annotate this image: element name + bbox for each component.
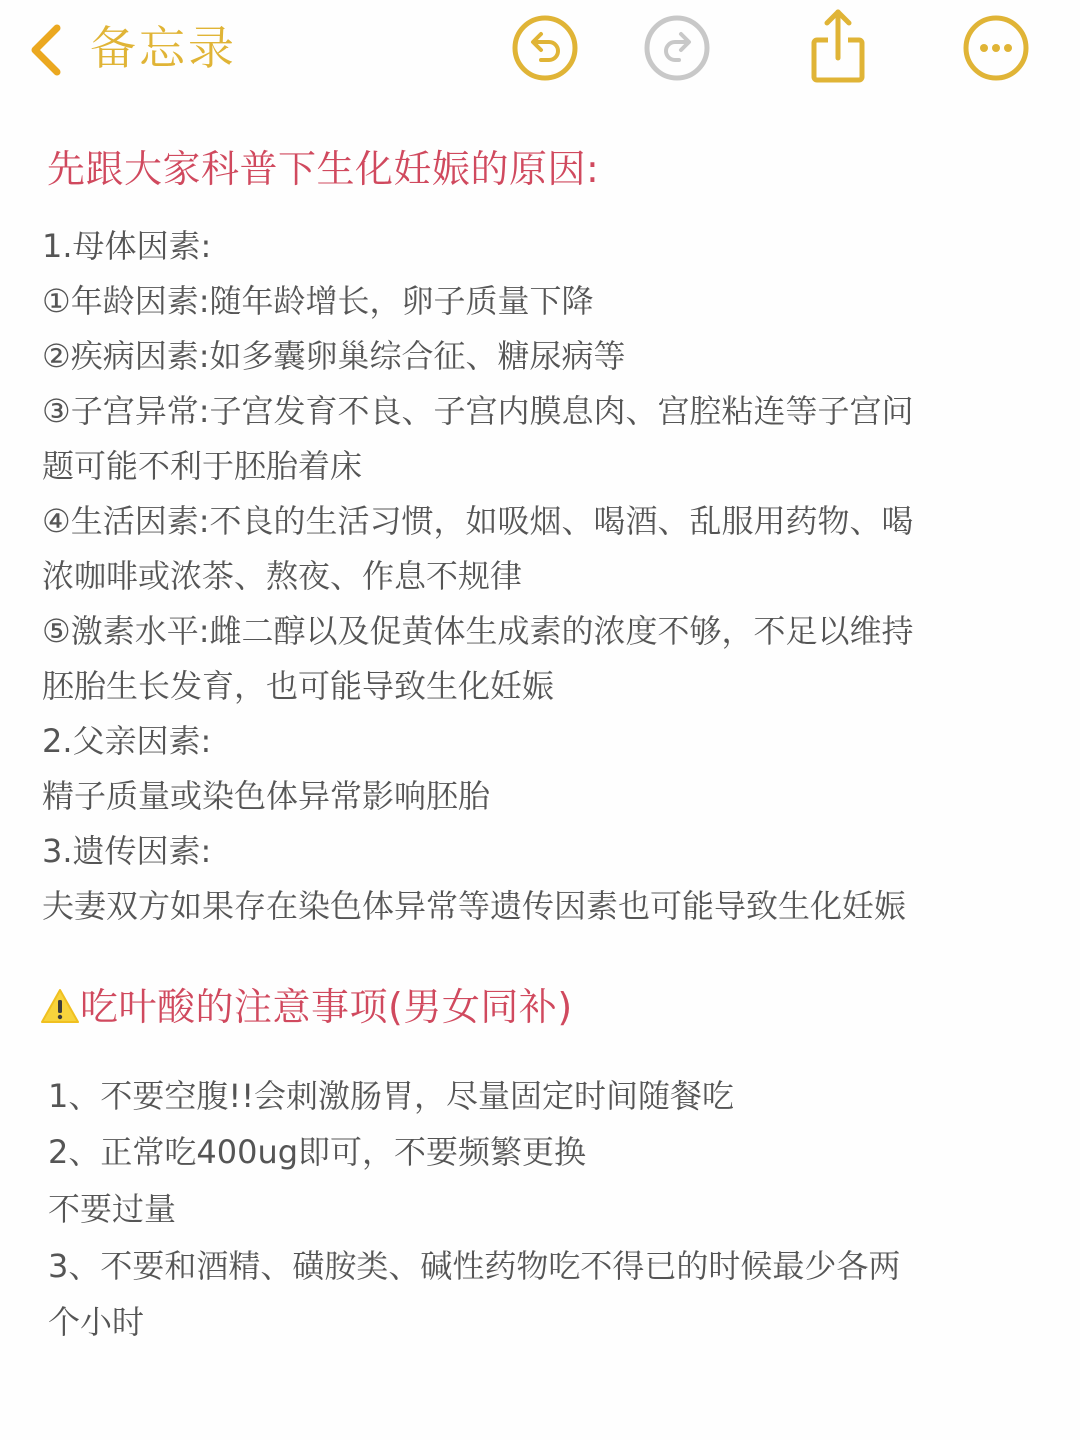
redo-icon	[641, 12, 713, 84]
list-item: 题可能不利于胚胎着床	[42, 444, 362, 488]
section-heading-folic-acid: 吃叶酸的注意事项(男女同补)	[40, 982, 573, 1032]
warning-icon	[40, 988, 80, 1024]
app-title: 备忘录	[90, 18, 237, 78]
list-item: 1、不要空腹!!会刺激肠胃，尽量固定时间随餐吃	[48, 1074, 734, 1118]
undo-button[interactable]	[509, 12, 581, 84]
list-item: 夫妻双方如果存在染色体异常等遗传因素也可能导致生化妊娠	[42, 884, 906, 928]
list-item: 不要过量	[48, 1187, 176, 1231]
section-heading-causes: 先跟大家科普下生化妊娠的原因:	[47, 144, 599, 194]
redo-button[interactable]	[641, 12, 713, 84]
ellipsis-icon	[960, 12, 1032, 84]
list-item: 浓咖啡或浓茶、熬夜、作息不规律	[42, 554, 522, 598]
undo-icon	[509, 12, 581, 84]
list-item: 1.母体因素:	[42, 224, 211, 268]
list-item: ①年龄因素:随年龄增长，卵子质量下降	[42, 279, 593, 323]
list-item: ④生活因素:不良的生活习惯，如吸烟、喝酒、乱服用药物、喝	[42, 499, 913, 543]
section-heading-text: 吃叶酸的注意事项(男女同补)	[80, 985, 573, 1029]
list-item: 3、不要和酒精、磺胺类、碱性药物吃不得已的时候最少各两	[48, 1244, 900, 1288]
toolbar: 备忘录	[0, 0, 1080, 100]
share-icon	[802, 6, 874, 86]
list-item: 2、正常吃400ug即可，不要频繁更换	[48, 1130, 586, 1174]
back-button[interactable]	[22, 20, 72, 80]
more-button[interactable]	[960, 12, 1032, 84]
list-item: ③子宫异常:子宫发育不良、子宫内膜息肉、宫腔粘连等子宫问	[42, 389, 913, 433]
chevron-left-icon	[27, 22, 67, 78]
list-item: 3.遗传因素:	[42, 829, 211, 873]
list-item: ⑤激素水平:雌二醇以及促黄体生成素的浓度不够，不足以维持	[42, 609, 913, 653]
list-item: 2.父亲因素:	[42, 719, 211, 763]
list-item: 胚胎生长发育，也可能导致生化妊娠	[42, 664, 554, 708]
share-button[interactable]	[802, 12, 874, 84]
list-item: ②疾病因素:如多囊卵巢综合征、糖尿病等	[42, 334, 625, 378]
list-item: 个小时	[48, 1300, 144, 1344]
list-item: 精子质量或染色体异常影响胚胎	[42, 774, 490, 818]
